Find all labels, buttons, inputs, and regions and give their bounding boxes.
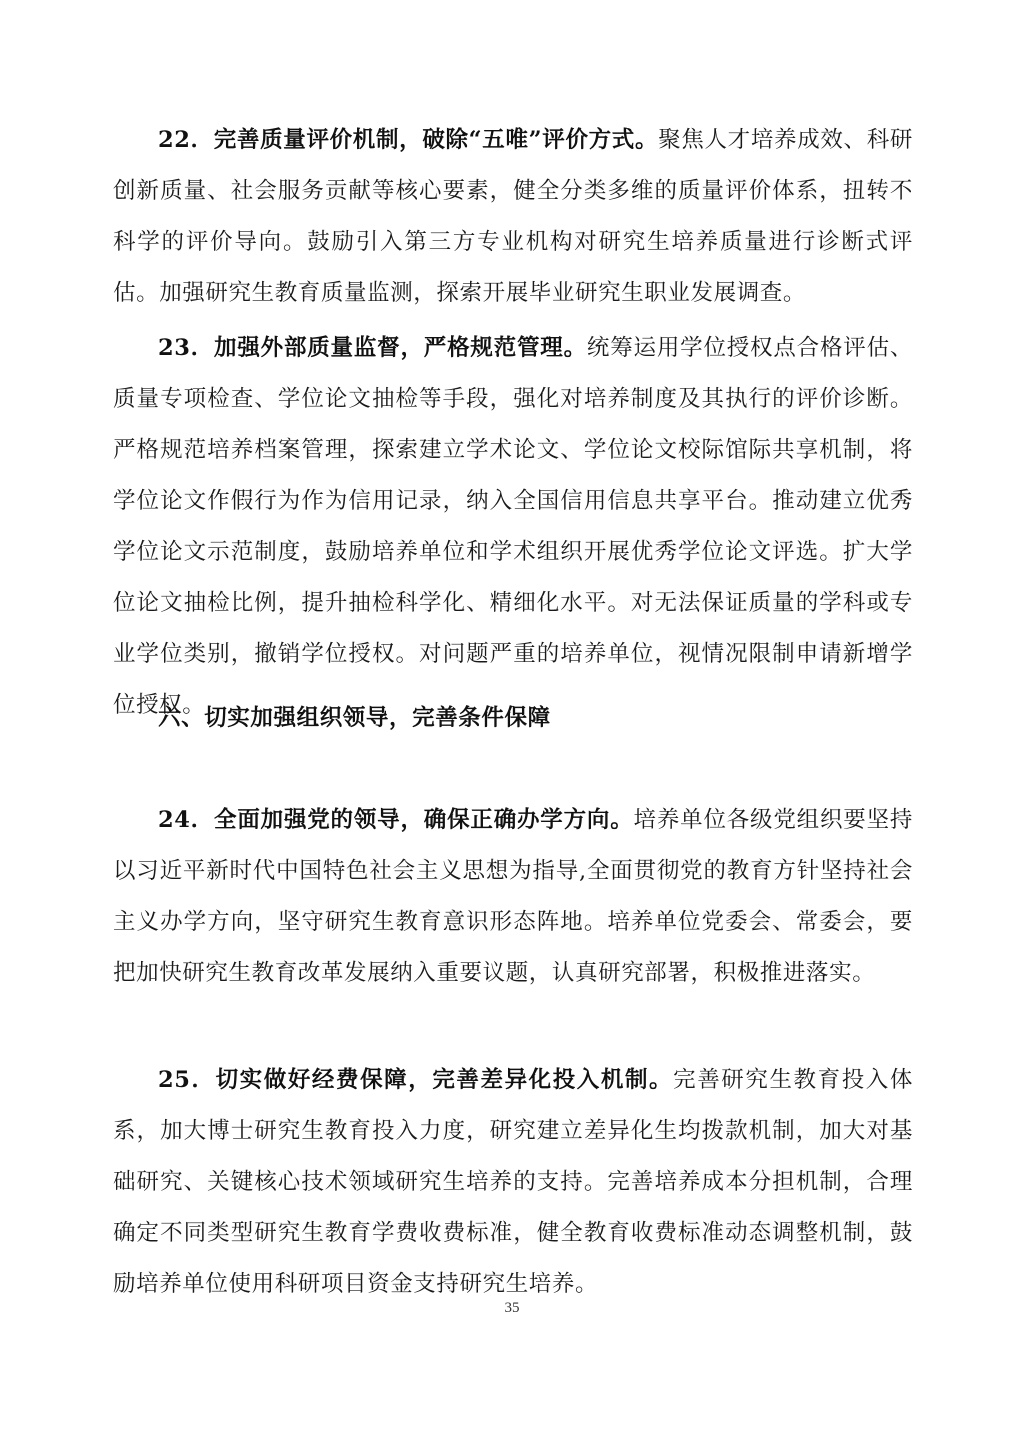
paragraph-23-body: 统筹运用学位授权点合格评估、质量专项检查、学位论文抽检等手段，强化对培养制度及其… — [113, 335, 913, 718]
paragraph-25: 25．切实做好经费保障，完善差异化投入机制。完善研究生教育投入体系，加大博士研究… — [113, 1055, 913, 1310]
paragraph-22: 22．完善质量评价机制，破除“五唯”评价方式。聚焦人才培养成效、科研创新质量、社… — [113, 115, 913, 319]
paragraph-23: 23．加强外部质量监督，严格规范管理。统筹运用学位授权点合格评估、质量专项检查、… — [113, 323, 913, 731]
section-heading: 六、切实加强组织领导，完善条件保障 — [113, 693, 913, 744]
paragraph-25-heading: 25．切实做好经费保障，完善差异化投入机制。 — [158, 1067, 673, 1093]
paragraph-25-body: 完善研究生教育投入体系，加大博士研究生教育投入力度，研究建立差异化生均拨款机制，… — [113, 1067, 913, 1297]
paragraph-24: 24．全面加强党的领导，确保正确办学方向。培养单位各级党组织要坚持以习近平新时代… — [113, 795, 913, 999]
paragraph-23-heading: 23．加强外部质量监督，严格规范管理。 — [158, 335, 587, 361]
page-number: 35 — [0, 1300, 1024, 1317]
paragraph-24-heading: 24．全面加强党的领导，确保正确办学方向。 — [158, 807, 634, 833]
document-page: 22．完善质量评价机制，破除“五唯”评价方式。聚焦人才培养成效、科研创新质量、社… — [0, 0, 1024, 1446]
paragraph-24-body: 培养单位各级党组织要坚持以习近平新时代中国特色社会主义思想为指导,全面贯彻党的教… — [113, 807, 913, 986]
paragraph-22-heading: 22．完善质量评价机制，破除“五唯”评价方式。 — [158, 127, 658, 153]
paragraph-22-body: 聚焦人才培养成效、科研创新质量、社会服务贡献等核心要素，健全分类多维的质量评价体… — [113, 127, 913, 306]
